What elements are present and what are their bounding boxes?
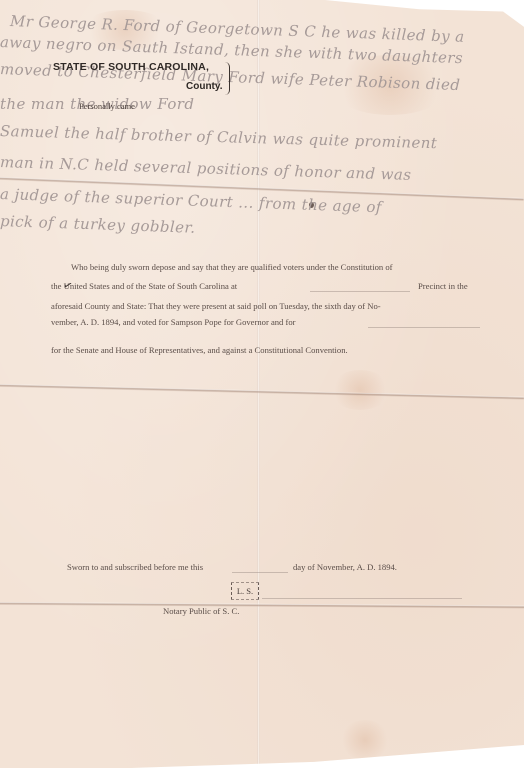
horizontal-fold-crease xyxy=(0,384,524,400)
horizontal-fold-crease xyxy=(0,602,524,609)
sworn-statement-start: Sworn to and subscribed before me this xyxy=(67,562,203,572)
notary-signature-field[interactable] xyxy=(262,598,462,599)
county-label: County. xyxy=(186,81,222,92)
handwritten-line: pick of a turkey gobbler. xyxy=(0,212,196,237)
candidate-blank-field[interactable] xyxy=(368,327,480,328)
oath-line-1: Who being duly sworn depose and say that… xyxy=(71,262,392,272)
day-blank-field[interactable] xyxy=(232,572,288,573)
personally-came-label: Personally came xyxy=(79,101,135,111)
vertical-fold-crease xyxy=(257,0,260,768)
oath-line-5: for the Senate and House of Representati… xyxy=(51,345,348,355)
oath-line-2-start: the United States and of the State of So… xyxy=(51,281,237,291)
oath-line-2-end: Precinct in the xyxy=(418,281,468,291)
handwritten-line: Samuel the half brother of Calvin was qu… xyxy=(0,122,437,152)
oath-line-4: vember, A. D. 1894, and voted for Sampso… xyxy=(51,317,296,327)
bracket-brace xyxy=(225,62,230,95)
sworn-statement-end: day of November, A. D. 1894. xyxy=(293,562,397,572)
precinct-blank-field[interactable] xyxy=(310,291,410,292)
water-stain xyxy=(340,720,390,760)
oath-line-3: aforesaid County and State: That they we… xyxy=(51,301,381,311)
state-title: STATE OF SOUTH CAROLINA, xyxy=(53,61,209,73)
notary-public-label: Notary Public of S. C. xyxy=(163,606,239,616)
legal-seal-box: L. S. xyxy=(231,582,259,600)
water-stain xyxy=(330,370,390,410)
document-paper: Mr George R. Ford of Georgetown S C he w… xyxy=(0,0,524,768)
